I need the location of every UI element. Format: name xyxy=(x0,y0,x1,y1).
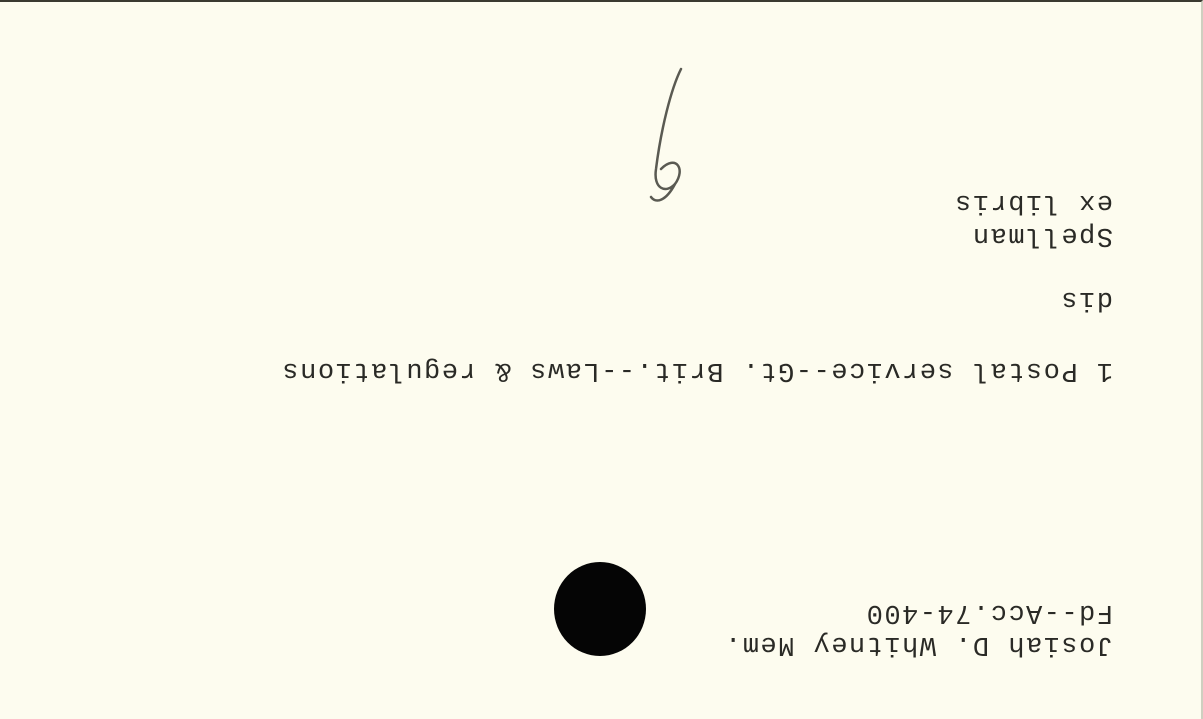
note-line-spellman: Spellman xyxy=(971,220,1113,250)
card-content-rotated: Josiah D. Whitney Mem. Fd--Acc.74-400 1 … xyxy=(0,2,1201,719)
note-line-dis: dis xyxy=(1060,284,1113,314)
note-line-ex-libris: ex libris xyxy=(954,187,1113,217)
handwritten-mark-icon xyxy=(631,59,711,209)
heading-line-1: Josiah D. Whitney Mem. xyxy=(724,629,1113,659)
catalog-card: Josiah D. Whitney Mem. Fd--Acc.74-400 1 … xyxy=(0,0,1203,719)
heading-line-2: Fd--Acc.74-400 xyxy=(865,597,1113,627)
subject-line: 1 Postal service--Gt. Brit.--Laws & regu… xyxy=(281,355,1113,385)
